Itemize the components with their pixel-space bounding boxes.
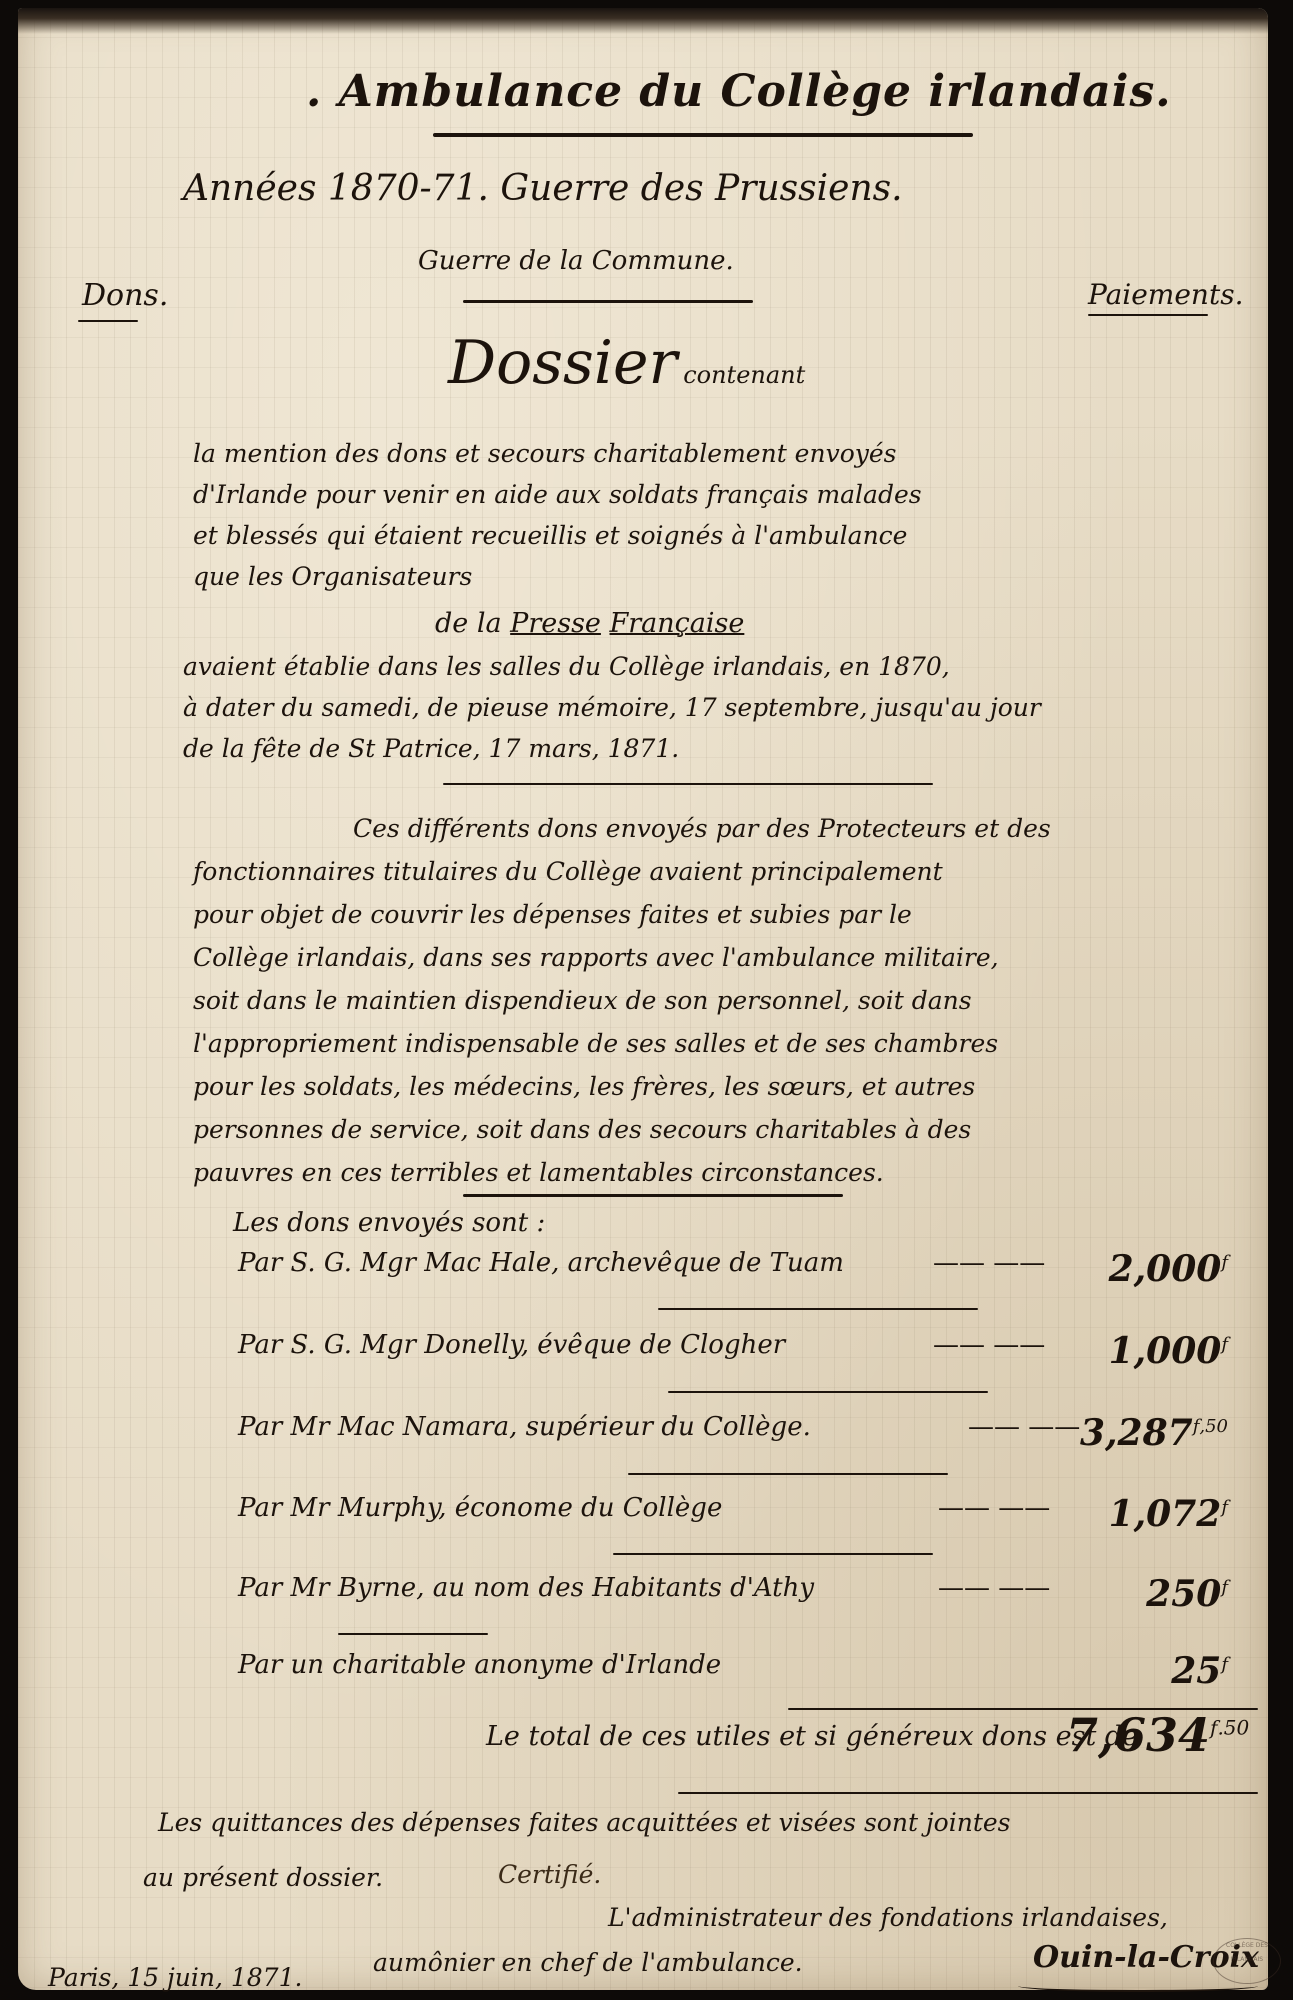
donation-amount: 3,287f,50: [1080, 1412, 1228, 1454]
amount-unit: f: [1221, 1334, 1228, 1355]
purpose-line: Collège irlandais, dans ses rapports ave…: [193, 937, 999, 978]
intro-line: avaient établie dans les salles du Collè…: [183, 646, 950, 687]
amount-unit: f: [1221, 1497, 1228, 1518]
donations-intro: Les dons envoyés sont :: [233, 1208, 545, 1238]
donation-leader: —— ——: [968, 1412, 1080, 1442]
dossier-heading: Dossiercontenant: [448, 328, 805, 398]
donation-amount: 250f: [1146, 1573, 1228, 1615]
total-label: Le total de ces utiles et si généreux do…: [486, 1721, 1138, 1752]
donation-label: Par Mr Murphy, économe du Collège: [238, 1493, 722, 1523]
amount-unit: f: [1221, 1654, 1228, 1675]
signatory-title-1: L'administrateur des fondations irlandai…: [608, 1903, 1168, 1932]
donation-row: Par S. G. Mgr Donelly, évêque de Clogher…: [18, 1330, 1268, 1380]
place-date: Paris, 15 juin, 1871.: [48, 1963, 302, 1992]
donation-label: Par S. G. Mgr Donelly, évêque de Clogher: [238, 1330, 785, 1360]
signatory-title-2: aumônier en chef de l'ambulance.: [373, 1948, 803, 1977]
manuscript-page: . Ambulance du Collège irlandais. Années…: [18, 8, 1268, 1990]
heading-paiements: Paiements.: [1088, 278, 1243, 311]
francaise-word: Française: [610, 608, 745, 639]
total-value: 7,634: [1066, 1708, 1210, 1762]
title-underline: [433, 133, 973, 137]
donation-amount: 1,000f: [1109, 1330, 1228, 1372]
intro-line: que les Organisateurs: [193, 556, 472, 597]
intro-line: de la fête de St Patrice, 17 mars, 1871.: [183, 728, 679, 769]
presse-prefix: de la: [435, 608, 510, 639]
donation-amount: 1,072f: [1109, 1493, 1228, 1535]
document-title: . Ambulance du Collège irlandais.: [306, 66, 1172, 117]
purpose-line: pauvres en ces terribles et lamentables …: [193, 1152, 884, 1193]
heading-dons: Dons.: [82, 278, 168, 313]
amount-value: 3,287: [1080, 1412, 1193, 1454]
amount-value: 1,000: [1109, 1330, 1222, 1372]
row-divider: [668, 1391, 988, 1393]
intro-line: à dater du samedi, de pieuse mémoire, 17…: [183, 687, 1041, 728]
donation-amount: 25f: [1171, 1650, 1228, 1692]
purpose-line: l'appropriement indispensable de ses sal…: [193, 1023, 998, 1064]
purpose-line: soit dans le maintien dispendieux de son…: [193, 980, 972, 1021]
dons-underline: [78, 320, 138, 322]
intro-line: la mention des dons et secours charitabl…: [193, 433, 897, 474]
donation-label: Par Mr Byrne, au nom des Habitants d'Ath…: [238, 1573, 814, 1603]
amount-value: 25: [1171, 1650, 1221, 1692]
subtitle-rule: [463, 300, 753, 303]
section-divider: [463, 1194, 843, 1197]
page-top-shadow: [18, 8, 1268, 34]
intro-line: et blessés qui étaient recueillis et soi…: [193, 515, 907, 556]
donation-label: Par S. G. Mgr Mac Hale, archevêque de Tu…: [238, 1248, 844, 1278]
purpose-line: pour les soldats, les médecins, les frèr…: [193, 1066, 975, 1107]
donation-row: Par un charitable anonyme d'Irlande 25f: [18, 1650, 1268, 1700]
donation-row: Par Mr Mac Namara, supérieur du Collège.…: [18, 1412, 1268, 1462]
donation-label: Par Mr Mac Namara, supérieur du Collège.: [238, 1412, 811, 1442]
amount-unit: f: [1221, 1577, 1228, 1598]
amount-cents: ,50: [1199, 1416, 1228, 1437]
total-amount: 7,634f.50: [1066, 1708, 1249, 1762]
row-divider: [658, 1308, 978, 1310]
purpose-line: Ces différents dons envoyés par des Prot…: [353, 808, 1051, 849]
row-divider: [613, 1553, 933, 1555]
donation-row: Par Mr Murphy, économe du Collège —— —— …: [18, 1493, 1268, 1543]
presse-francaise-line: de la Presse Française: [435, 608, 744, 639]
signature-flourish: [1018, 1980, 1258, 1992]
total-cents: .50: [1217, 1716, 1249, 1740]
amount-unit: f: [1221, 1252, 1228, 1273]
dossier-word: Dossier: [448, 328, 677, 398]
row-divider: [628, 1473, 948, 1475]
subtitle-years-war: Années 1870-71. Guerre des Prussiens.: [183, 168, 903, 209]
total-bottom-rule: [678, 1792, 1258, 1794]
presse-word: Presse: [510, 608, 601, 639]
intro-line: d'Irlande pour venir en aide aux soldats…: [193, 474, 922, 515]
amount-value: 2,000: [1109, 1248, 1222, 1290]
donation-amount: 2,000f: [1109, 1248, 1228, 1290]
row-divider: [338, 1633, 488, 1635]
donation-label: Par un charitable anonyme d'Irlande: [238, 1650, 721, 1680]
paiements-underline: [1088, 314, 1208, 316]
dossier-suffix: contenant: [683, 361, 805, 389]
closing-line-1: Les quittances des dépenses faites acqui…: [158, 1808, 1011, 1837]
donation-leader: —— ——: [933, 1330, 1045, 1360]
amount-value: 250: [1146, 1573, 1221, 1615]
donation-row: Par S. G. Mgr Mac Hale, archevêque de Tu…: [18, 1248, 1268, 1298]
section-divider: [443, 783, 933, 785]
donation-leader: —— ——: [938, 1493, 1050, 1523]
purpose-line: fonctionnaires titulaires du Collège ava…: [193, 851, 943, 892]
purpose-line: pour objet de couvrir les dépenses faite…: [193, 894, 912, 935]
college-stamp: COLLÈGE DES IRLANDAIS: [1213, 1938, 1281, 1984]
certified-mark: Certifié.: [498, 1860, 601, 1889]
donation-leader: —— ——: [938, 1573, 1050, 1603]
closing-line-2: au présent dossier.: [143, 1863, 383, 1892]
amount-value: 1,072: [1109, 1493, 1222, 1535]
donation-leader: —— ——: [933, 1248, 1045, 1278]
purpose-line: personnes de service, soit dans des seco…: [193, 1109, 971, 1150]
donation-row: Par Mr Byrne, au nom des Habitants d'Ath…: [18, 1573, 1268, 1623]
subtitle-commune: Guerre de la Commune.: [418, 246, 734, 276]
